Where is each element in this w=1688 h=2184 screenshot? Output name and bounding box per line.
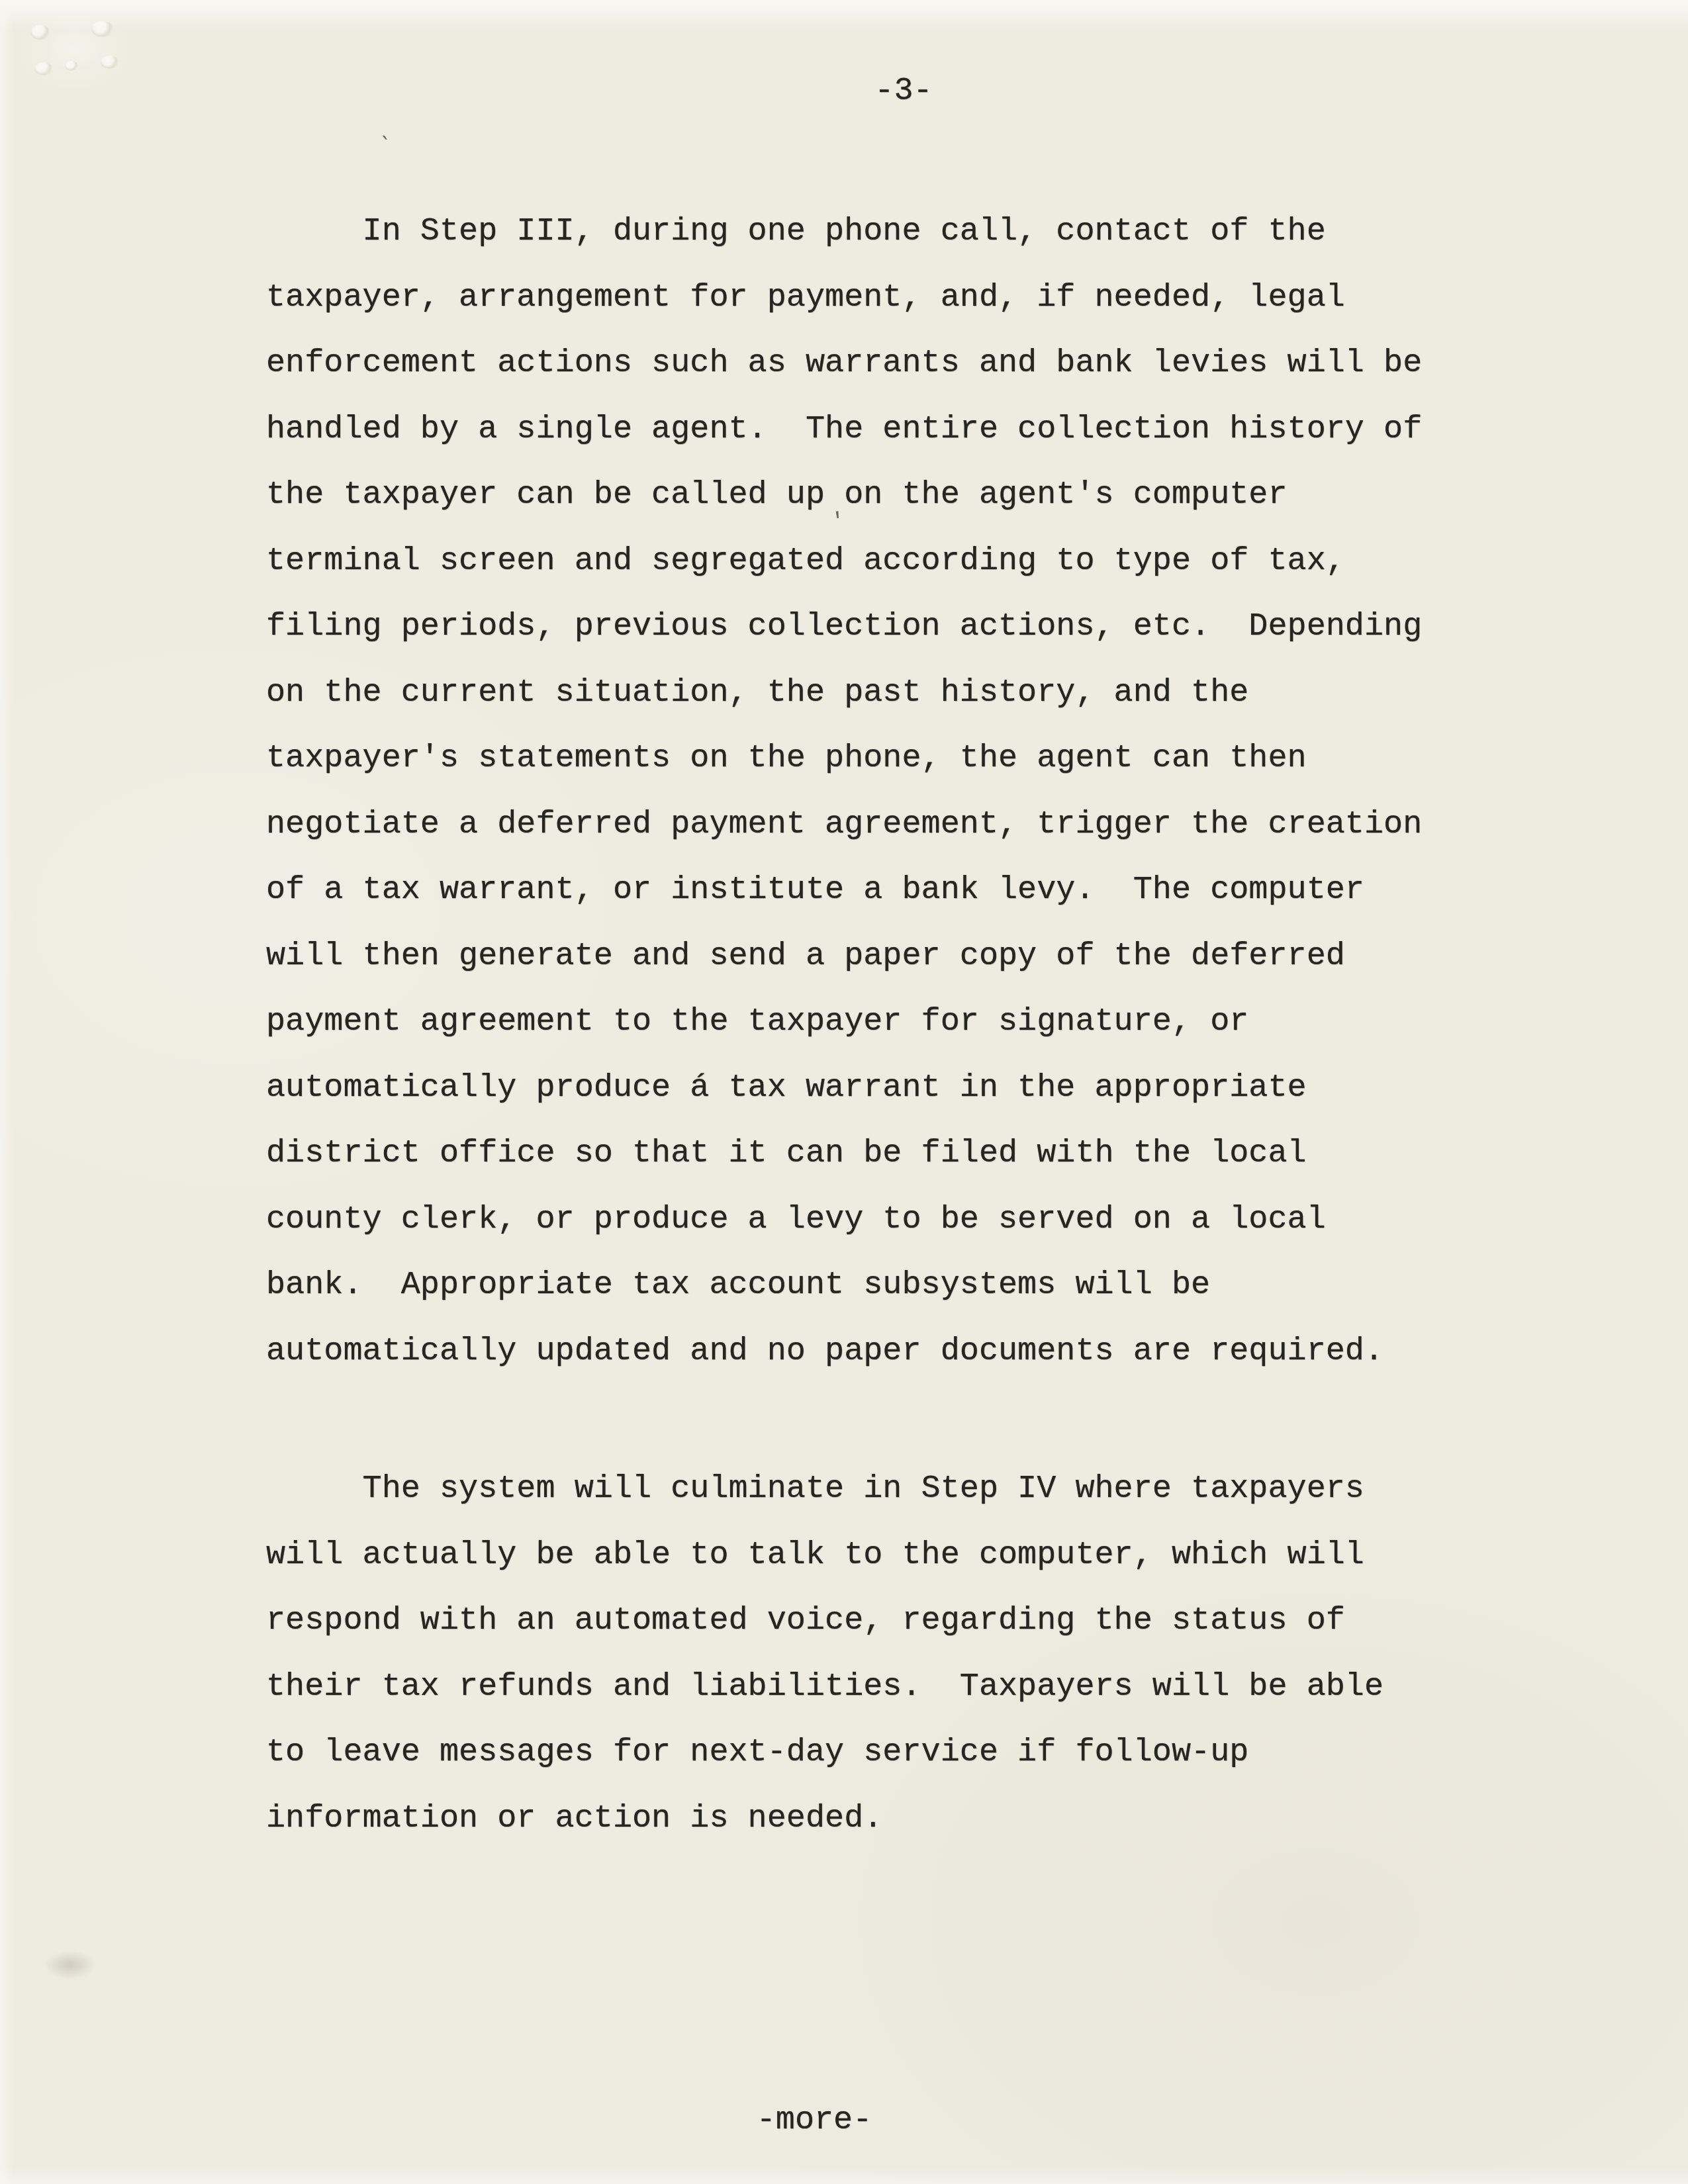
paragraph-step-3: In Step III, during one phone call, cont… <box>266 199 1422 1384</box>
staple-emboss-mark <box>34 62 53 75</box>
document-page: -3- ` In Step III, during one phone call… <box>0 0 1688 2184</box>
staple-emboss-mark <box>101 56 119 69</box>
more-indicator: -more- <box>757 2087 872 2154</box>
staple-emboss-mark <box>91 21 114 37</box>
smudge-mark <box>45 1951 95 1979</box>
staple-emboss-mark <box>30 25 50 40</box>
paragraph-step-4: The system will culminate in Step IV whe… <box>266 1456 1383 1851</box>
stray-ink-mark: ` <box>372 134 393 161</box>
staple-emboss-mark <box>65 61 78 71</box>
stray-ink-mark: ' <box>830 510 846 534</box>
page-number: -3- <box>874 58 932 124</box>
